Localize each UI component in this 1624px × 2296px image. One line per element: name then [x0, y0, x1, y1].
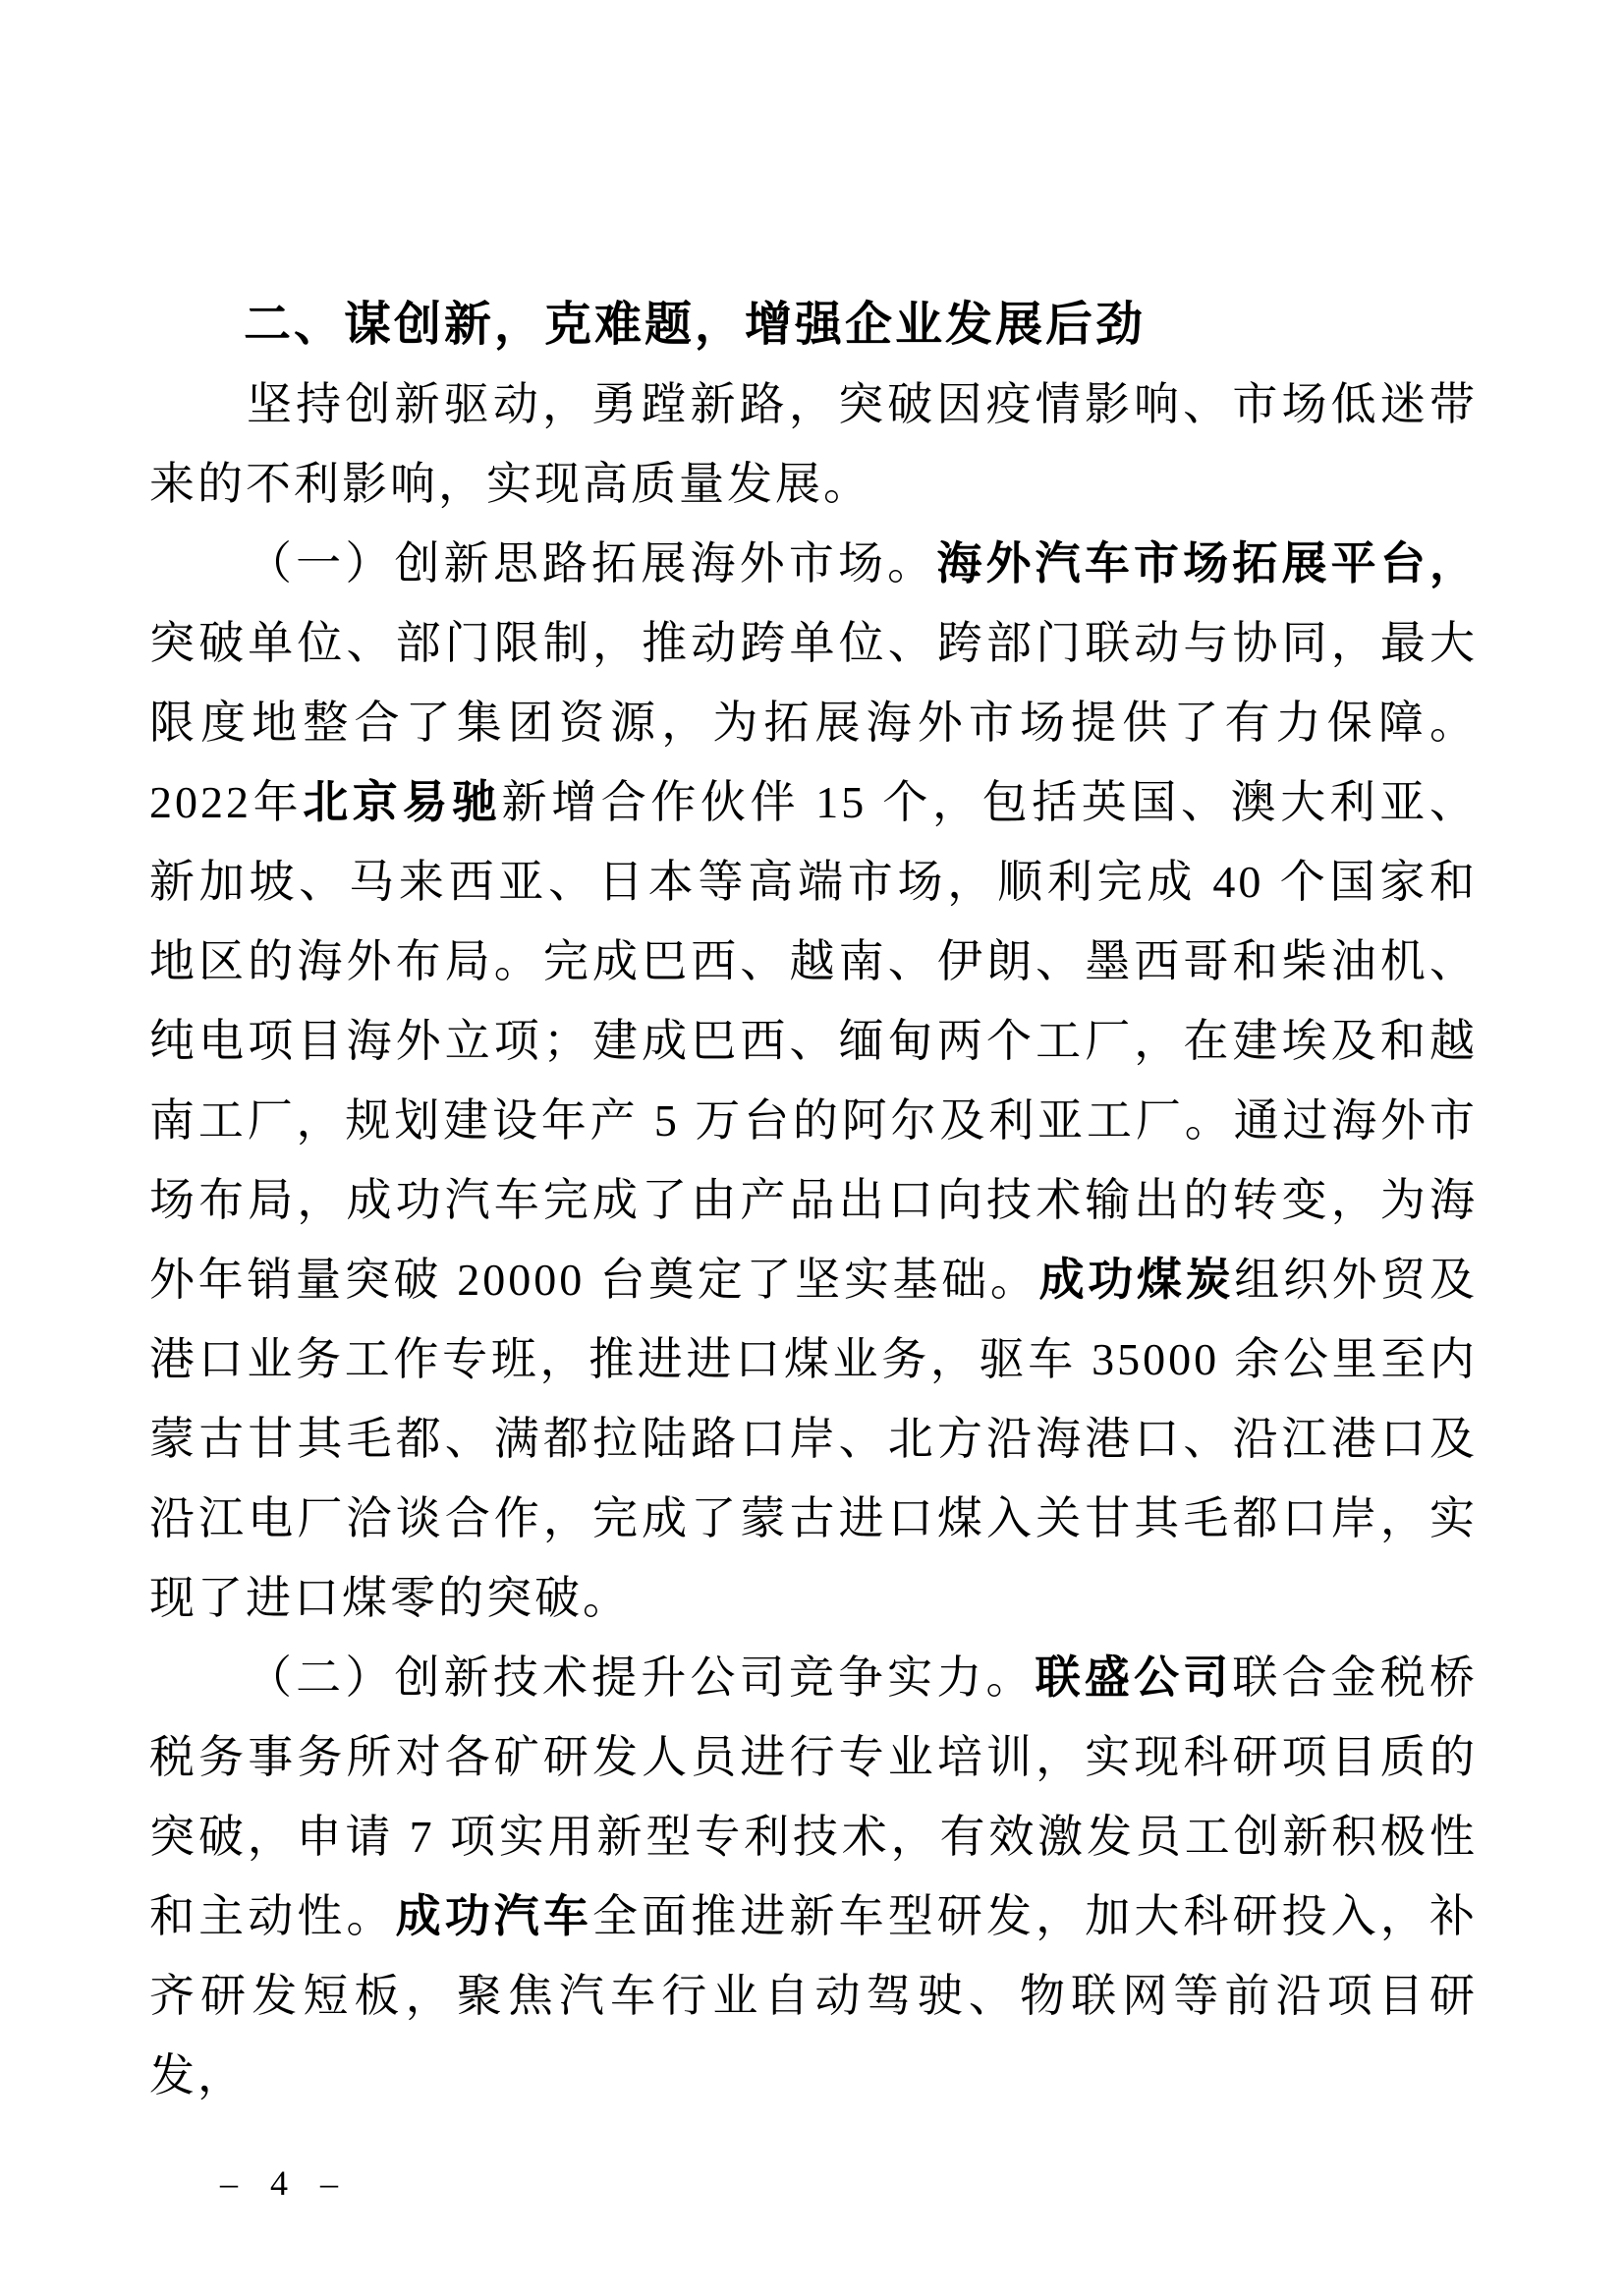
- paragraph: （二）创新技术提升公司竞争实力。联盛公司联合金税桥税务事务所对各矿研发人员进行专…: [149, 1638, 1478, 2115]
- text-run: 坚持创新驱动，勇蹚新路，突破因疫情影响、市场低迷带来的不利影响，实现高质量发展。: [149, 379, 1478, 509]
- emphasis-run: 成功煤炭: [1039, 1255, 1235, 1305]
- document-page: 二、谋创新，克难题，增强企业发展后劲 坚持创新驱动，勇蹚新路，突破因疫情影响、市…: [0, 0, 1624, 2296]
- emphasis-run: 成功汽车: [396, 1891, 592, 1941]
- text-run: 新增合作伙伴 15 个，包括英国、澳大利亚、新加坡、马来西亚、日本等高端市场，顺…: [149, 777, 1478, 1305]
- emphasis-run: 海外汽车市场拓展平台，: [936, 538, 1478, 588]
- document-content: 二、谋创新，克难题，增强企业发展后劲 坚持创新驱动，勇蹚新路，突破因疫情影响、市…: [149, 285, 1478, 2115]
- paragraph: （一）创新思路拓展海外市场。海外汽车市场拓展平台，突破单位、部门限制，推动跨单位…: [149, 524, 1478, 1638]
- text-run: 组织外贸及港口业务工作专班，推进进口煤业务，驱车 35000 余公里至内蒙古甘其…: [149, 1255, 1478, 1623]
- subsection-lead-run: （一）创新思路拓展海外市场。: [247, 538, 936, 588]
- page-number: – 4 –: [220, 2159, 350, 2207]
- subsection-lead-run: （二）创新技术提升公司竞争实力。: [247, 1652, 1036, 1703]
- section-heading: 二、谋创新，克难题，增强企业发展后劲: [149, 285, 1478, 364]
- paragraph: 坚持创新驱动，勇蹚新路，突破因疫情影响、市场低迷带来的不利影响，实现高质量发展。: [149, 364, 1478, 524]
- emphasis-run: 北京易驰: [303, 777, 501, 827]
- emphasis-run: 联盛公司: [1036, 1652, 1233, 1703]
- document-body: 坚持创新驱动，勇蹚新路，突破因疫情影响、市场低迷带来的不利影响，实现高质量发展。…: [149, 364, 1478, 2115]
